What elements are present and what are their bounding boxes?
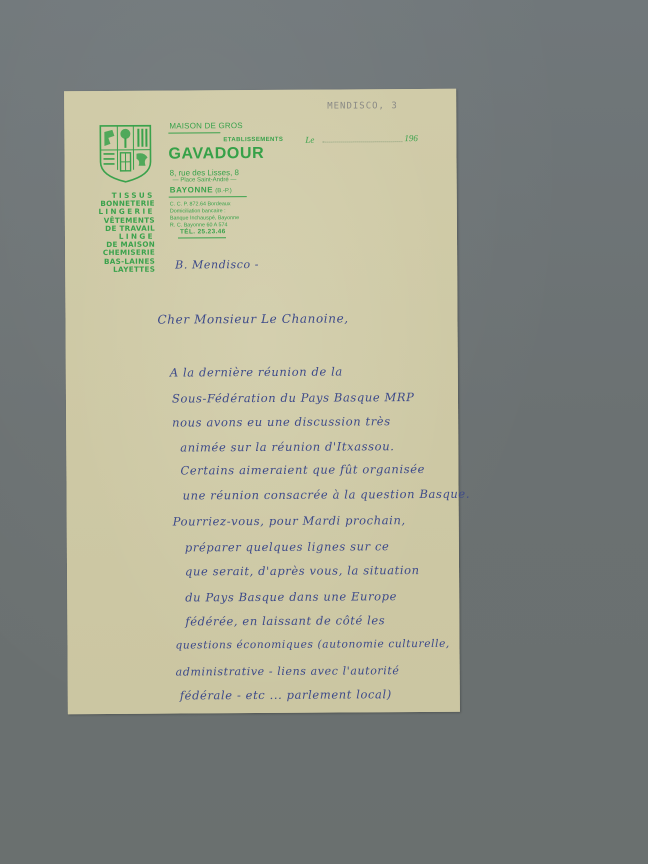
letter-line: fédérale - etc ... parlement local) xyxy=(180,687,392,702)
letter-line: Pourriez-vous, pour Mardi prochain, xyxy=(173,513,406,528)
header-label: MAISON DE GROS xyxy=(169,121,243,130)
address-line-2: — Place Saint-André — xyxy=(173,177,237,183)
letter-line: Certains aimeraient que fût organisée xyxy=(180,462,425,477)
date-prefix: Le xyxy=(305,135,314,145)
basque-coat-of-arms-icon xyxy=(98,124,152,184)
letter-line: que serait, d'après vous, la situation xyxy=(185,563,420,578)
divider xyxy=(168,132,220,133)
letter-line: A la dernière réunion de la xyxy=(170,365,343,380)
handwritten-reference: B. Mendisco - xyxy=(175,258,259,272)
letter-line: fédérée, en laissant de côté les xyxy=(185,613,385,628)
city: BAYONNE xyxy=(170,185,214,194)
letter-line: nous avons eu une discussion très xyxy=(172,414,391,429)
category-item: LAYETTES xyxy=(95,265,155,274)
date-year: 196 xyxy=(404,133,418,143)
letter-line: une réunion consacrée à la question Basq… xyxy=(183,487,471,503)
telephone: TÉL. 25.23.46 xyxy=(180,228,226,235)
letter-line: préparer quelques lignes sur ce xyxy=(185,539,390,554)
divider xyxy=(169,196,247,197)
letter-line: questions économiques (autonomie culture… xyxy=(175,638,449,652)
divider xyxy=(178,237,226,238)
company-name: GAVADOUR xyxy=(168,145,264,164)
archival-reference-note: MENDISCO, 3 xyxy=(327,101,398,111)
establishment-label: ETABLISSEMENTS xyxy=(223,137,283,143)
letter-line: administrative - liens avec l'autorité xyxy=(176,664,400,678)
city-line: BAYONNE(B.-P.) xyxy=(170,185,232,194)
region: (B.-P.) xyxy=(215,188,232,194)
product-categories: TISSUS BONNETERIE LINGERIE VÊTEMENTS DE … xyxy=(95,192,155,274)
salutation: Cher Monsieur Le Chanoine, xyxy=(157,311,348,326)
letter-line: du Pays Basque dans une Europe xyxy=(185,589,397,604)
bank-details: C. C. P. 872.64 Bordeaux Domiciliation b… xyxy=(170,201,239,229)
letter-line: Sous-Fédération du Pays Basque MRP xyxy=(172,390,415,405)
date-dotted-line xyxy=(322,141,402,142)
letter-sheet: MENDISCO, 3 TISSUS BONNETERIE LINGERIE V… xyxy=(64,89,460,714)
letter-line: animée sur la réunion d'Itxassou. xyxy=(180,439,394,454)
address-line-1: 8, rue des Lisses, 8 xyxy=(170,168,239,177)
